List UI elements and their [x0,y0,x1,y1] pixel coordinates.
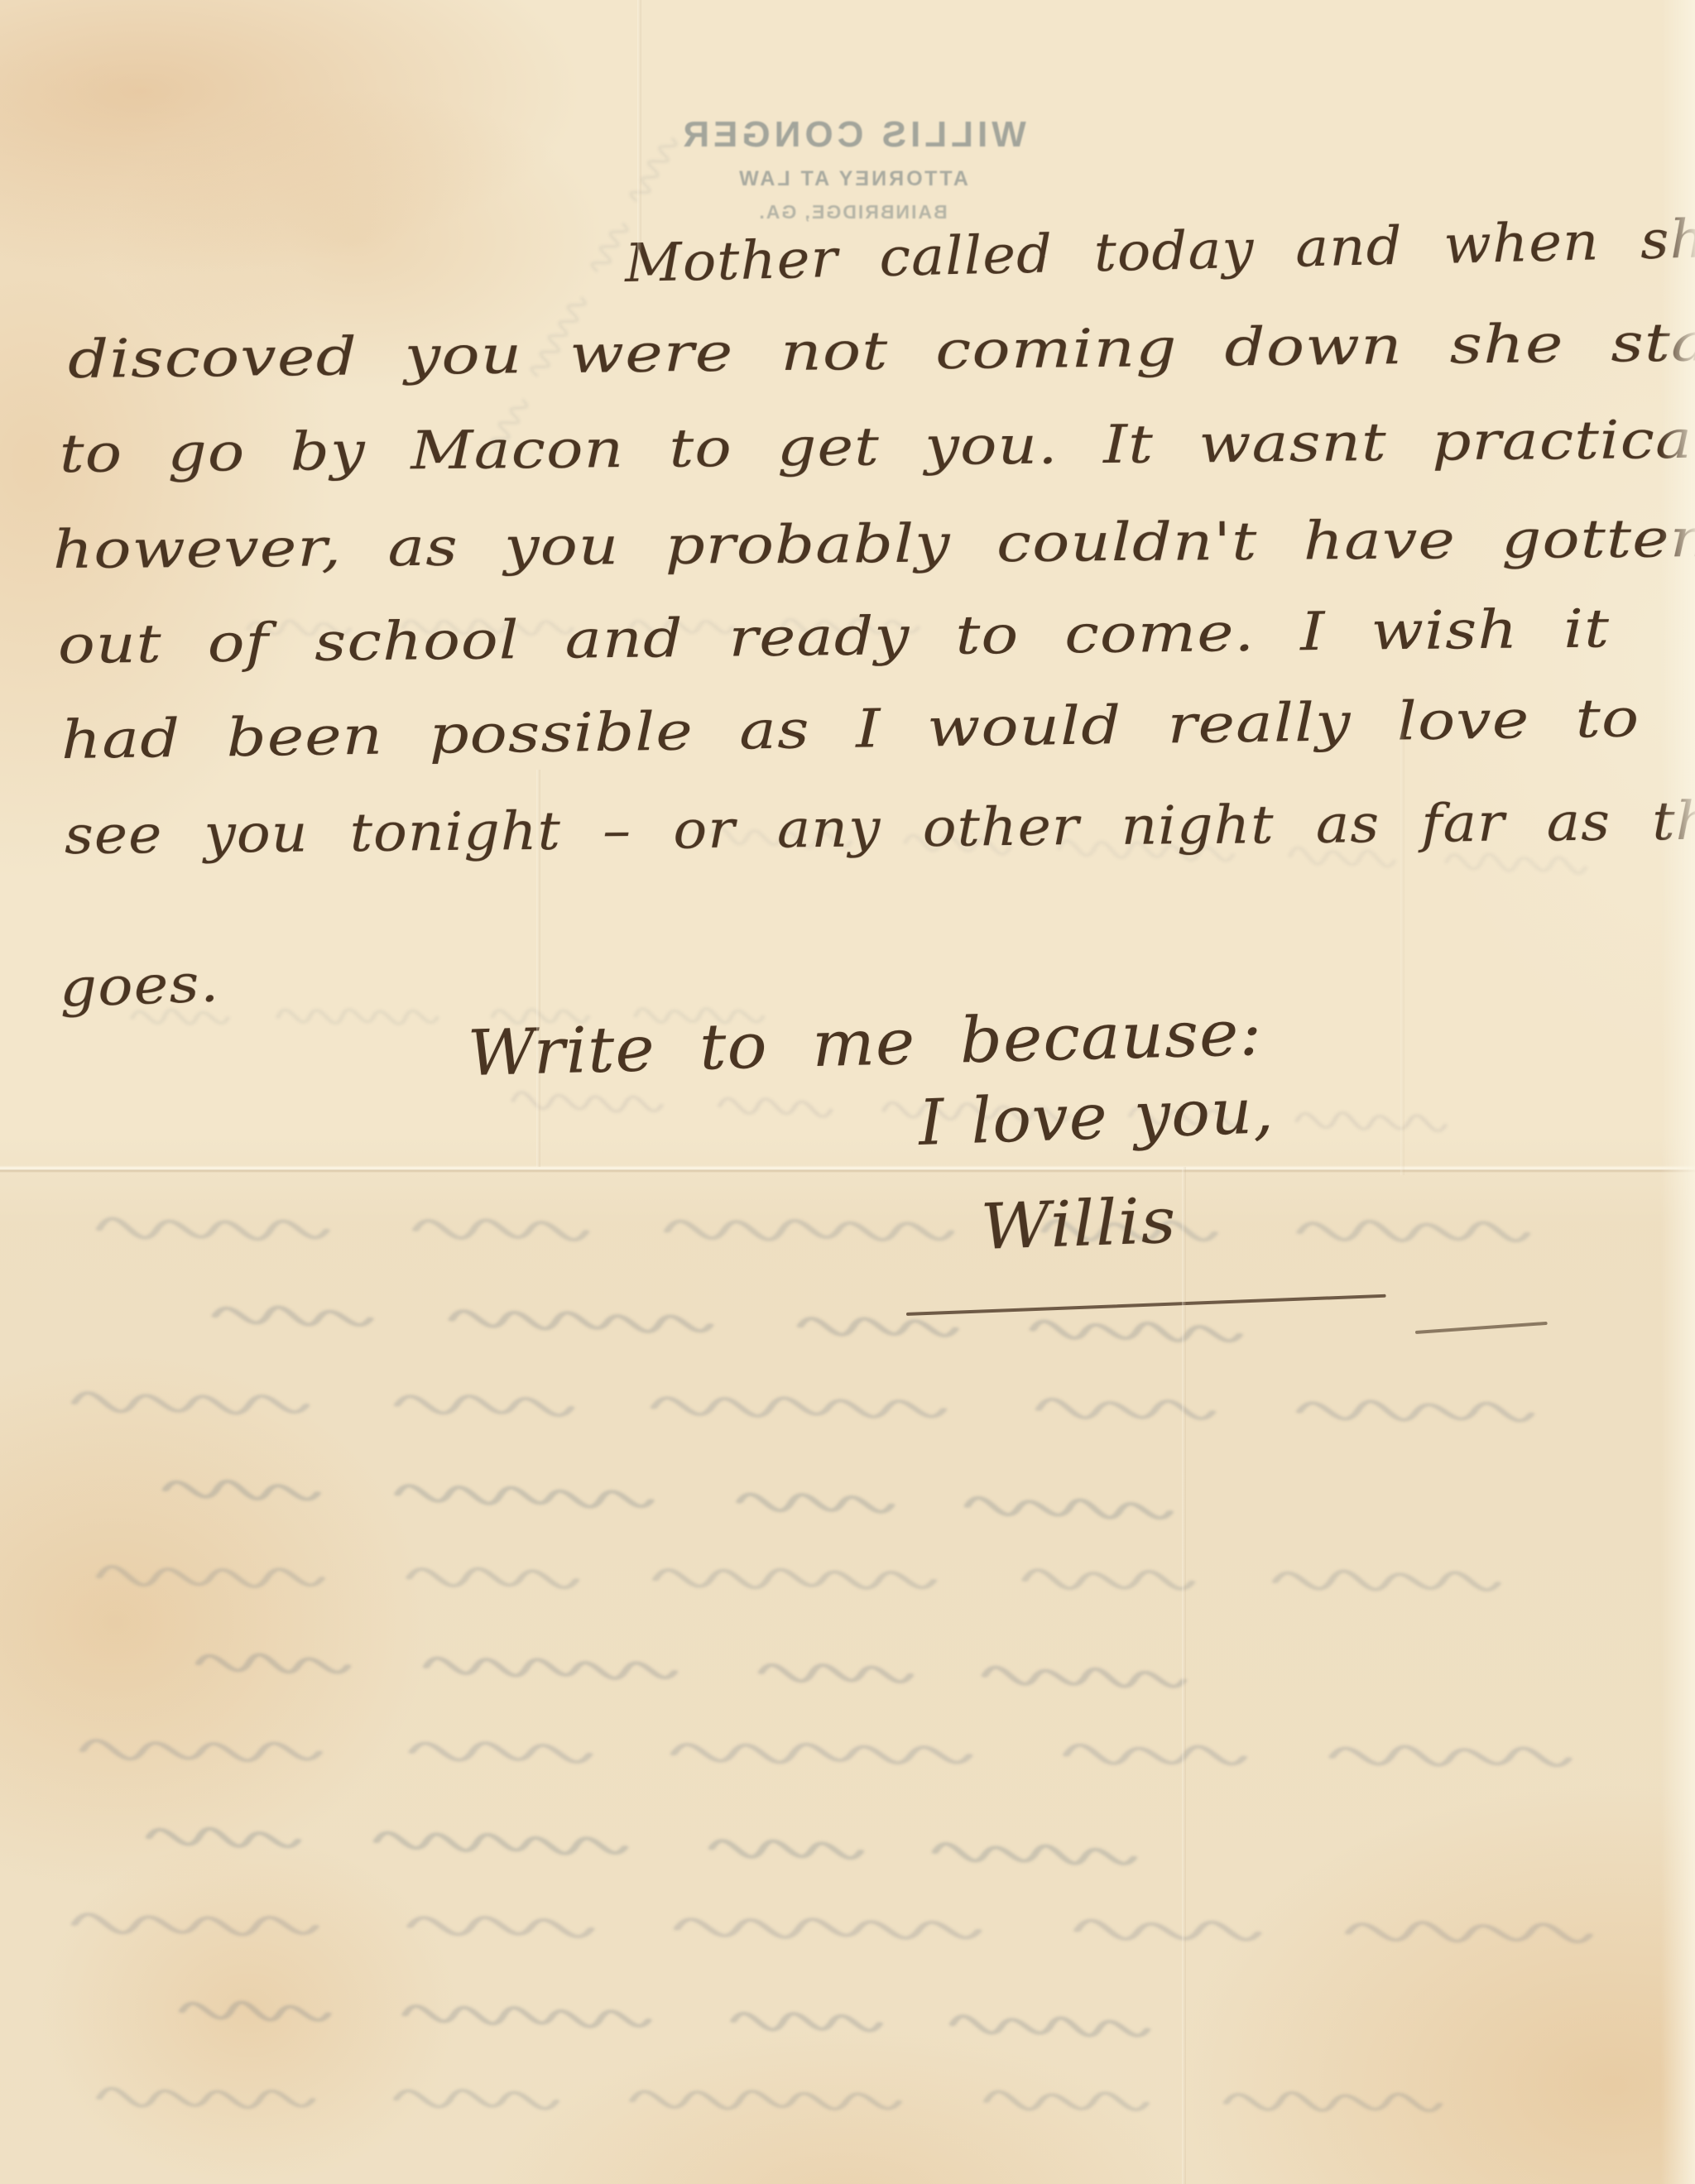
handwritten-line: goes. [59,953,221,1020]
fold-crease-vertical [637,0,641,265]
fold-crease-vertical [1400,695,1404,1175]
letterhead-show-through: WILLIS CONGER ATTORNEY AT LAW BAINBRIDGE… [654,114,1051,223]
letterhead-title: ATTORNEY AT LAW [654,167,1051,191]
signature: Willis [979,1183,1177,1264]
fold-crease-vertical [536,770,540,1167]
letterhead-name: WILLIS CONGER [654,114,1051,156]
handwritten-valediction: I love you, [917,1073,1275,1159]
handwritten-line: however, as you probably couldn't have g… [53,508,1695,581]
letterhead-city: BAINBRIDGE, GA. [654,201,1051,223]
scanned-letter-page: WILLIS CONGER ATTORNEY AT LAW BAINBRIDGE… [0,0,1695,2184]
fold-crease-horizontal [0,1165,1695,1173]
fold-crease-vertical [1182,1167,1186,2184]
scan-edge-highlight [1660,0,1695,2184]
